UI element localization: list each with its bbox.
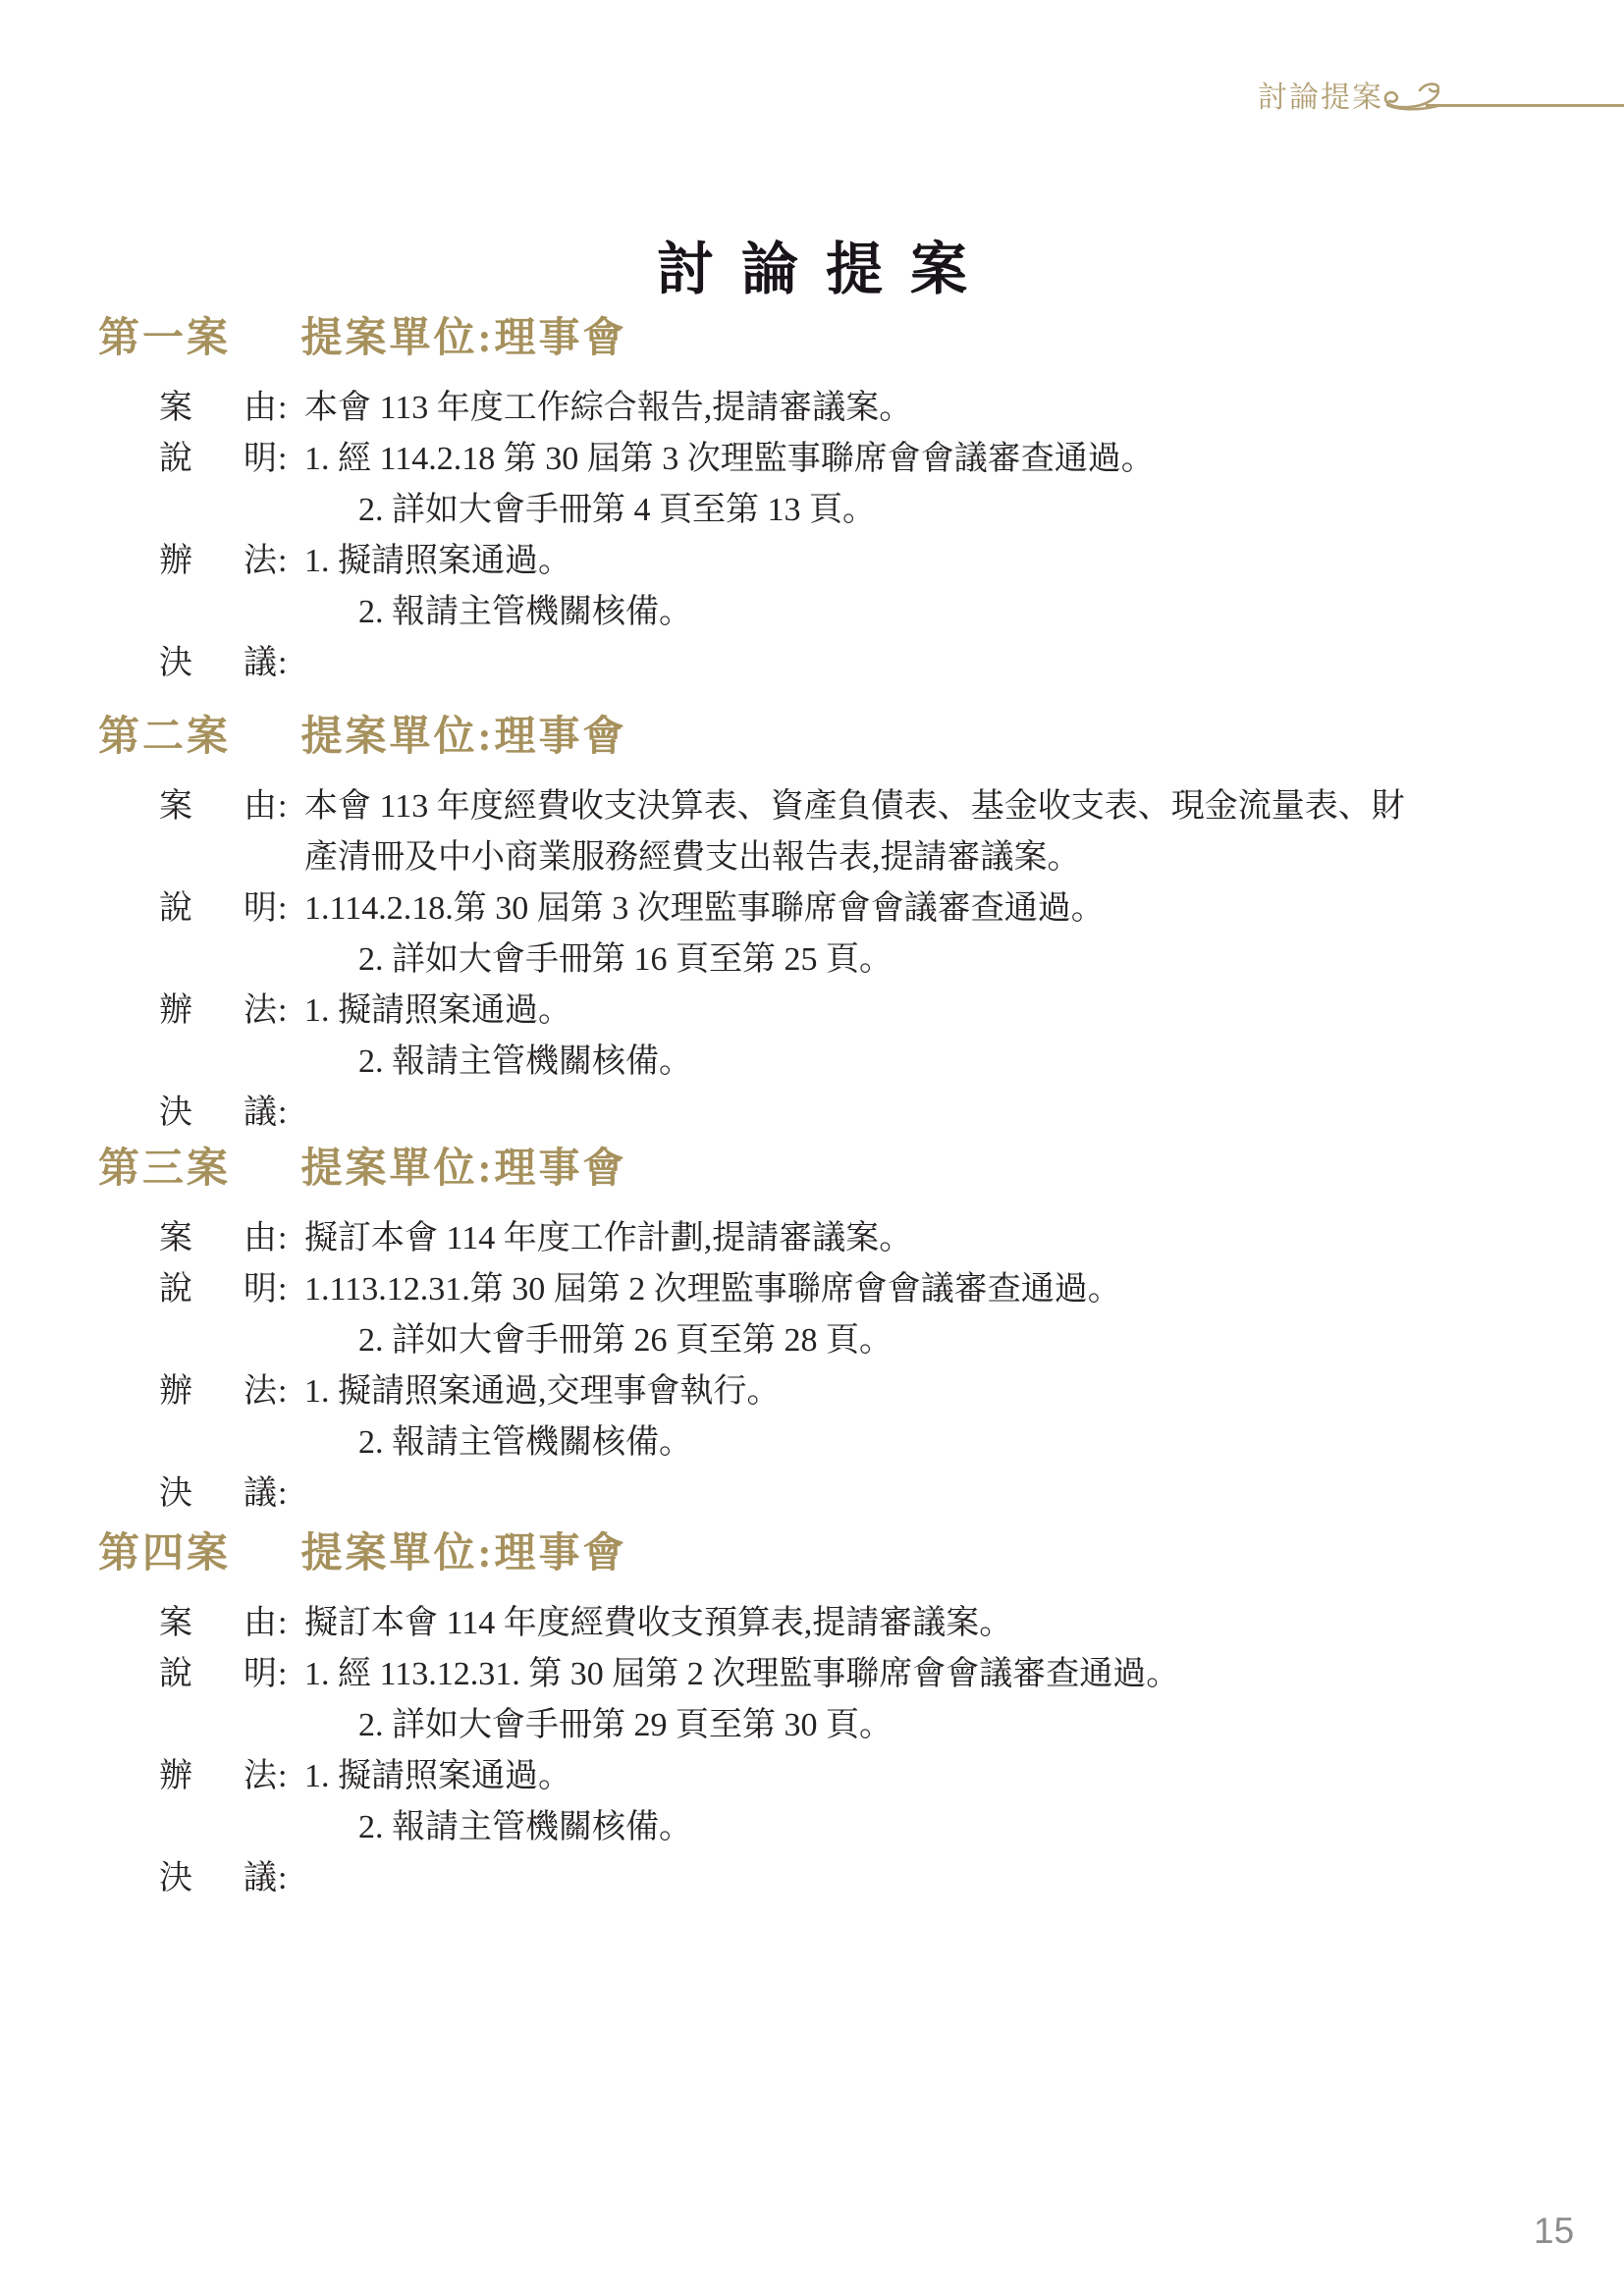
proposing-unit: 提案單位:理事會 [301,1147,627,1192]
row-text: 產清冊及中小商業服務經費支出報告表,提請審議案。 [304,832,1081,883]
row-text: 2. 報請主管機關核備。 [358,1417,692,1468]
section-rows: 案由 : 本會 113 年度經費收支決算表、資產負債表、基金收支表、現金流量表、… [0,781,1624,1139]
section-rows: 案由 : 擬訂本會 114 年度工作計劃,提請審議案。 說明 : 1.113.1… [0,1213,1624,1520]
row-label-char: 由 [244,1598,277,1649]
row-label: 說明 [159,434,277,485]
row-label: 案由 [159,383,277,434]
header-section-label: 討論提案 [1258,73,1383,116]
row-label-char: 議 [244,1088,277,1139]
method-row: 辦法 : 1. 擬請照案通過。 [0,1751,1624,1802]
row-colon: : [278,1649,287,1700]
row-label-char: 辦 [159,536,192,587]
row-label-char: 案 [159,1213,192,1264]
row-colon: : [278,434,287,485]
row-text: 擬訂本會 114 年度工作計劃,提請審議案。 [304,1213,912,1264]
row-text: 1. 擬請照案通過。 [304,986,571,1037]
row-colon: : [278,638,287,689]
row-text: 2. 詳如大會手冊第 16 頁至第 25 頁。 [358,934,893,986]
row-colon: : [278,1088,287,1139]
row-label: 決議 [159,1088,277,1139]
row-label-char: 法 [244,1751,277,1802]
proposing-unit: 提案單位:理事會 [301,715,627,760]
row-text: 本會 113 年度工作綜合報告,提請審議案。 [304,383,912,434]
explanation-continuation-row: 2. 詳如大會手冊第 16 頁至第 25 頁。 [0,934,1624,986]
method-continuation-row: 2. 報請主管機關核備。 [0,587,1624,638]
row-colon: : [278,1468,287,1520]
row-text: 2. 詳如大會手冊第 29 頁至第 30 頁。 [358,1700,893,1751]
row-text: 1.113.12.31.第 30 屆第 2 次理監事聯席會會議審查通過。 [304,1264,1121,1315]
row-label-char: 決 [159,1468,192,1520]
row-text: 2. 報請主管機關核備。 [358,1037,692,1088]
row-label: 案由 [159,1213,277,1264]
row-label-char: 議 [244,638,277,689]
case-subject-row: 案由 : 擬訂本會 114 年度經費收支預算表,提請審議案。 [0,1598,1624,1649]
row-colon: : [278,1751,287,1802]
row-label: 辦法 [159,536,277,587]
row-text: 1. 經 114.2.18 第 30 屆第 3 次理監事聯席會會議審查通過。 [304,434,1155,485]
case-number: 第二案 [98,715,231,760]
row-label-char: 明 [244,1264,277,1315]
row-label: 案由 [159,781,277,832]
row-colon: : [278,1366,287,1417]
method-continuation-row: 2. 報請主管機關核備。 [0,1802,1624,1853]
row-label: 決議 [159,1468,277,1520]
row-text: 1. 擬請照案通過。 [304,1751,571,1802]
row-text: 本會 113 年度經費收支決算表、資產負債表、基金收支表、現金流量表、財 [304,781,1405,832]
page-number: 15 [1534,2211,1574,2252]
row-label-char: 辦 [159,986,192,1037]
method-continuation-row: 2. 報請主管機關核備。 [0,1037,1624,1088]
proposal-section-3: 第三案 提案單位:理事會 案由 : 擬訂本會 114 年度工作計劃,提請審議案。… [0,1147,1624,1520]
case-subject-row: 案由 : 本會 113 年度工作綜合報告,提請審議案。 [0,383,1624,434]
method-row: 辦法 : 1. 擬請照案通過,交理事會執行。 [0,1366,1624,1417]
row-colon: : [278,986,287,1037]
row-label-char: 案 [159,781,192,832]
row-label-char: 由 [244,383,277,434]
row-text: 2. 詳如大會手冊第 4 頁至第 13 頁。 [358,485,876,536]
row-label-char: 辦 [159,1366,192,1417]
row-colon: : [278,1853,287,1904]
case-subject-continuation-row: 產清冊及中小商業服務經費支出報告表,提請審議案。 [0,832,1624,883]
explanation-continuation-row: 2. 詳如大會手冊第 4 頁至第 13 頁。 [0,485,1624,536]
row-label-char: 明 [244,1649,277,1700]
proposing-unit: 提案單位:理事會 [301,316,627,361]
row-label: 案由 [159,1598,277,1649]
row-text: 2. 報請主管機關核備。 [358,587,692,638]
row-text: 1. 擬請照案通過。 [304,536,571,587]
case-number: 第三案 [98,1147,231,1192]
case-number: 第四案 [98,1531,231,1576]
row-label-char: 議 [244,1853,277,1904]
row-label: 辦法 [159,1751,277,1802]
row-label: 辦法 [159,986,277,1037]
proposal-section-2: 第二案 提案單位:理事會 案由 : 本會 113 年度經費收支決算表、資產負債表… [0,715,1624,1139]
row-colon: : [278,1213,287,1264]
resolution-row: 決議 : [0,638,1624,689]
row-label-char: 法 [244,536,277,587]
case-number: 第一案 [98,316,231,361]
proposal-section-4: 第四案 提案單位:理事會 案由 : 擬訂本會 114 年度經費收支預算表,提請審… [0,1531,1624,1904]
row-label: 決議 [159,1853,277,1904]
row-label-char: 法 [244,986,277,1037]
row-label: 辦法 [159,1366,277,1417]
row-label-char: 議 [244,1468,277,1520]
row-colon: : [278,1598,287,1649]
row-text: 擬訂本會 114 年度經費收支預算表,提請審議案。 [304,1598,1012,1649]
page-title: 討論提案 [0,223,1624,305]
explanation-row: 說明 : 1. 經 114.2.18 第 30 屆第 3 次理監事聯席會會議審查… [0,434,1624,485]
section-heading: 第四案 提案單位:理事會 [0,1531,1624,1576]
row-label-char: 說 [159,1264,192,1315]
row-label-char: 決 [159,1853,192,1904]
row-label-char: 明 [244,883,277,934]
section-heading: 第一案 提案單位:理事會 [0,316,1624,361]
resolution-row: 決議 : [0,1853,1624,1904]
section-rows: 案由 : 本會 113 年度工作綜合報告,提請審議案。 說明 : 1. 經 11… [0,383,1624,689]
row-label-char: 說 [159,883,192,934]
case-subject-row: 案由 : 本會 113 年度經費收支決算表、資產負債表、基金收支表、現金流量表、… [0,781,1624,832]
row-text: 2. 詳如大會手冊第 26 頁至第 28 頁。 [358,1315,893,1366]
row-label-char: 由 [244,781,277,832]
row-label: 說明 [159,1264,277,1315]
resolution-row: 決議 : [0,1088,1624,1139]
explanation-row: 說明 : 1.114.2.18.第 30 屆第 3 次理監事聯席會會議審查通過。 [0,883,1624,934]
explanation-continuation-row: 2. 詳如大會手冊第 26 頁至第 28 頁。 [0,1315,1624,1366]
cloud-scroll-swirl-icon [1380,79,1439,114]
row-colon: : [278,883,287,934]
page-header: 討論提案 [0,71,1624,116]
method-continuation-row: 2. 報請主管機關核備。 [0,1417,1624,1468]
row-label-char: 辦 [159,1751,192,1802]
row-colon: : [278,383,287,434]
row-label-char: 決 [159,638,192,689]
row-label-char: 明 [244,434,277,485]
row-colon: : [278,781,287,832]
header-rule [1426,104,1624,107]
document-page: 討論提案 討論提案 第一案 提案單位:理事會 案由 : 本會 113 年度工作綜… [0,0,1624,2296]
resolution-row: 決議 : [0,1468,1624,1520]
explanation-row: 說明 : 1.113.12.31.第 30 屆第 2 次理監事聯席會會議審查通過… [0,1264,1624,1315]
section-heading: 第三案 提案單位:理事會 [0,1147,1624,1192]
row-label-char: 法 [244,1366,277,1417]
section-heading: 第二案 提案單位:理事會 [0,715,1624,760]
proposing-unit: 提案單位:理事會 [301,1531,627,1576]
explanation-continuation-row: 2. 詳如大會手冊第 29 頁至第 30 頁。 [0,1700,1624,1751]
row-label-char: 決 [159,1088,192,1139]
case-subject-row: 案由 : 擬訂本會 114 年度工作計劃,提請審議案。 [0,1213,1624,1264]
row-label-char: 案 [159,1598,192,1649]
row-colon: : [278,1264,287,1315]
row-label-char: 由 [244,1213,277,1264]
explanation-row: 說明 : 1. 經 113.12.31. 第 30 屆第 2 次理監事聯席會會議… [0,1649,1624,1700]
row-label: 說明 [159,1649,277,1700]
proposal-section-1: 第一案 提案單位:理事會 案由 : 本會 113 年度工作綜合報告,提請審議案。… [0,316,1624,689]
row-text: 1. 擬請照案通過,交理事會執行。 [304,1366,781,1417]
row-text: 1.114.2.18.第 30 屆第 3 次理監事聯席會會議審查通過。 [304,883,1105,934]
method-row: 辦法 : 1. 擬請照案通過。 [0,536,1624,587]
row-text: 1. 經 113.12.31. 第 30 屆第 2 次理監事聯席會會議審查通過。 [304,1649,1179,1700]
row-text: 2. 報請主管機關核備。 [358,1802,692,1853]
row-colon: : [278,536,287,587]
row-label-char: 說 [159,1649,192,1700]
method-row: 辦法 : 1. 擬請照案通過。 [0,986,1624,1037]
section-rows: 案由 : 擬訂本會 114 年度經費收支預算表,提請審議案。 說明 : 1. 經… [0,1598,1624,1904]
row-label-char: 說 [159,434,192,485]
row-label: 說明 [159,883,277,934]
row-label: 決議 [159,638,277,689]
row-label-char: 案 [159,383,192,434]
